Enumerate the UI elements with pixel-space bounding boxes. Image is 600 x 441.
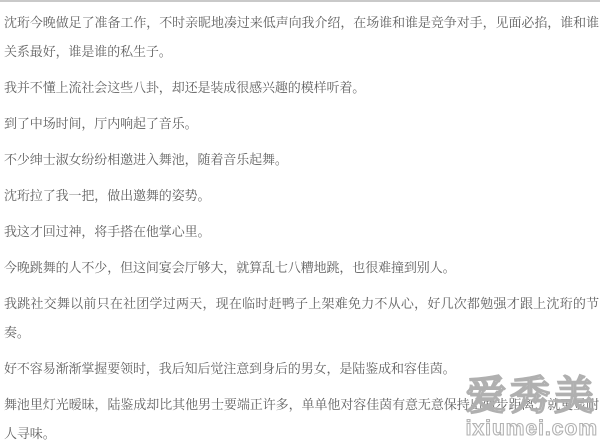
paragraph: 我跳社交舞以前只在社团学过两天，现在临时赶鸭子上架难免力不从心，好几次都勉强才跟… bbox=[4, 289, 599, 347]
paragraph: 舞池里灯光暧昧，陆鉴成却比其他男士要端正许多，单单他对容佳茵有意无意保持出两步距… bbox=[4, 390, 599, 441]
article-body: 沈珩今晚做足了准备工作，不时亲昵地凑过来低声向我介绍，在场谁和谁是竞争对手，见面… bbox=[0, 2, 600, 441]
paragraph: 我并不懂上流社会这些八卦，却还是装成很感兴趣的模样听着。 bbox=[4, 73, 599, 102]
paragraph: 沈珩今晚做足了准备工作，不时亲昵地凑过来低声向我介绍，在场谁和谁是竞争对手，见面… bbox=[4, 8, 599, 66]
paragraph: 好不容易渐渐掌握要领时，我后知后觉注意到身后的男女，是陆鉴成和容佳茵。 bbox=[4, 354, 599, 383]
paragraph: 今晚跳舞的人不少，但这间宴会厅够大，就算乱七八糟地跳，也很难撞到别人。 bbox=[4, 253, 599, 282]
paragraph: 我这才回过神，将手搭在他掌心里。 bbox=[4, 217, 599, 246]
paragraph: 不少绅士淑女纷纷相邀进入舞池，随着音乐起舞。 bbox=[4, 145, 599, 174]
paragraph: 沈珩拉了我一把，做出邀舞的姿势。 bbox=[4, 181, 599, 210]
paragraph: 到了中场时间，厅内响起了音乐。 bbox=[4, 109, 599, 138]
